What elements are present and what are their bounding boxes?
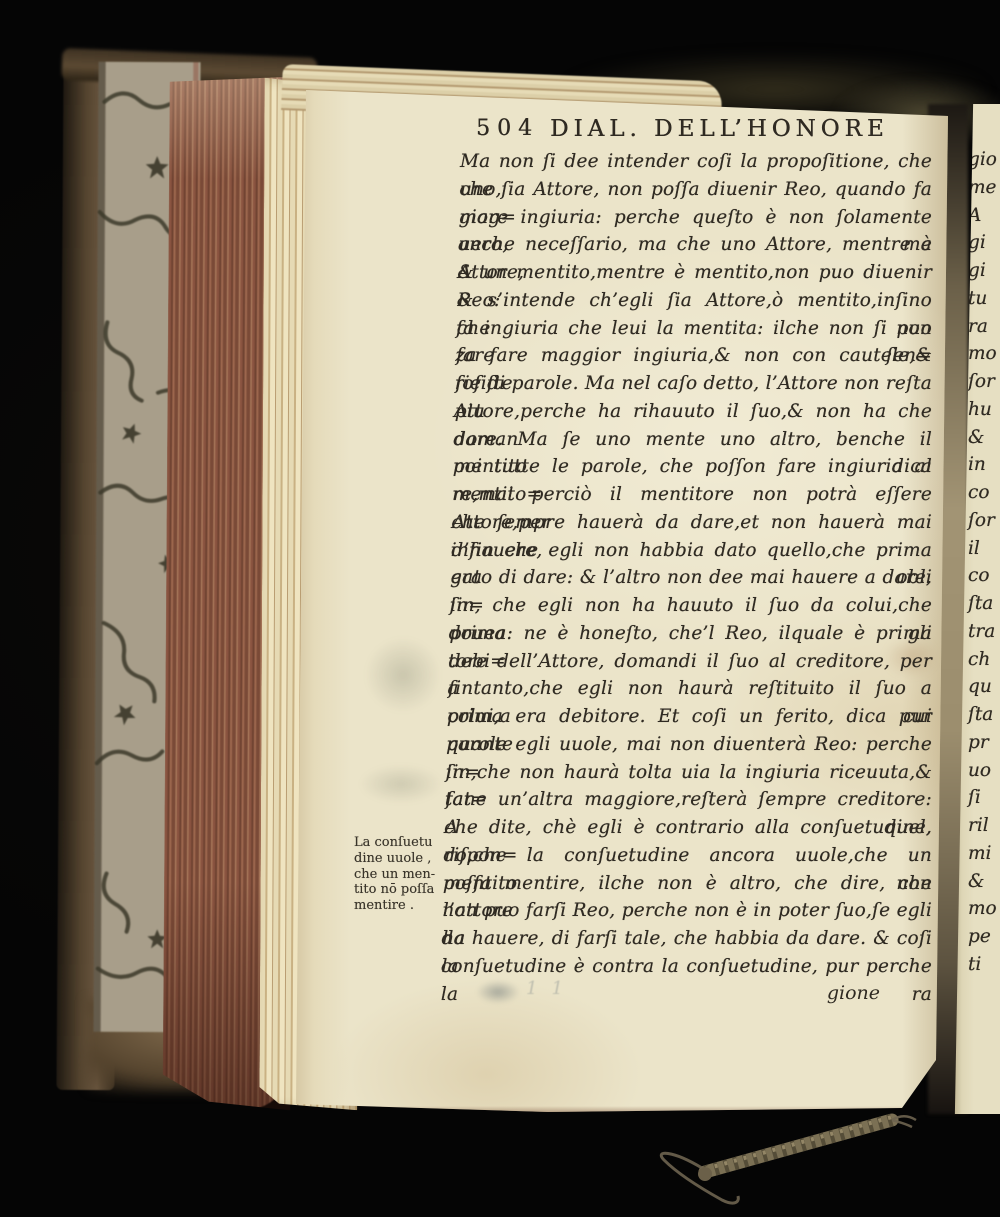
fragment-line: gi [968,257,997,285]
fragment-line: mo [968,895,997,923]
body-line: che ſia Attore, non poſſa diuenir Reo, q… [459,176,932,204]
margin-note-line: tito nō poſſa [354,882,460,898]
fragment-line: co [968,479,997,507]
body-line: rie di parole. Ma nel caſo detto, l’Atto… [455,370,932,398]
margin-note-line: mentire . [354,898,460,914]
body-line: za fare maggior ingiuria,& non con caute… [455,342,932,370]
page-number: 504 [476,116,539,141]
fragment-line: ra [968,313,997,341]
fragment-line: & [968,424,997,452]
fragment-line: hu [968,396,997,424]
body-line: che ſempre hauerà da dare,et non hauerà … [451,509,932,537]
body-line: tane un’altra maggiore,reſterà ſempre cr… [445,786,932,814]
cord-knot [698,1167,712,1181]
page-header: 504 DIAL. DELL’HONORE [452,116,944,146]
body-line: poſſa mentire, ilche non è altro, che di… [443,870,932,898]
cord-braid [705,1120,892,1172]
body-line: dare. Ma ſe uno mente uno altro, benche … [453,426,932,454]
fragment-line: A [968,202,997,230]
body-line: douea: ne è honeſto, che’l Reo, ilquale … [449,620,932,648]
fragment-line: qu [968,673,997,701]
body-line: infin che egli non habbia dato quello,ch… [451,537,932,565]
body-line: Ma non ſi dee intender coſi la propoſiti… [460,148,932,176]
fragment-line: ſta [968,701,997,729]
body-line: ſin, che egli non ha hauuto il ſuo da co… [449,592,932,620]
fragment-line: ſor [968,368,997,396]
fragment-line: il [968,535,997,563]
body-line: da hauere, di farſi tale, che habbia da … [442,925,932,953]
facing-page-text-fragments: giomeAgigituramoſorhu&incoſorilcoſtatrac… [968,146,997,979]
body-line: giore ingiuria: perche queſto è non ſola… [459,204,932,232]
body-line: do,che la conſuetudine ancora uuole,che … [444,842,933,870]
fragment-line: gi [968,229,997,257]
body-line: a tanto,che egli non haurà reſtituito il… [447,675,932,703]
body-line: conſuetudine è contra la conſuetudine, p… [441,953,932,981]
body-line: Attore,perche ha rihauuto il ſuo,& non h… [454,398,932,426]
body-line: parole egli uuole, mai non diuenterà Reo… [446,731,932,759]
body-line: non puo farſi Reo, perche non è in poter… [442,897,932,925]
catchword: gione [452,982,946,1004]
body-line: tore dell’Attore, domandi il ſuo al cred… [448,648,932,676]
body-line: re,mai perciò il mentitore non potrà eſſ… [452,481,932,509]
ink-bleed-smudge [364,636,442,714]
body-line: anche neceſſario, ma che uno Attore, men… [458,231,932,259]
book-photo: 504 DIAL. DELL’HONORE Ma non ſi dee inte… [0,0,1000,1217]
body-line: & un mentito,mentre è mentito,non puo di… [457,259,932,287]
book-page: 504 DIAL. DELL’HONORE Ma non ſi dee inte… [288,80,950,1116]
body-line: & s’intende ch’egli ſia Attore,ò mentito… [457,287,932,315]
body-text: Ma non ſi dee intender coſi la propoſiti… [452,148,932,981]
margin-note-line: che un men- [354,867,460,883]
fragment-line: co [968,562,997,590]
fragment-line: in [968,451,997,479]
body-line: gato di dare: & l’altro non dee mai haue… [450,564,932,592]
body-line: che dite, chè egli è contrario alla conſ… [444,814,932,842]
binding-tie-cord [620,1098,940,1217]
margin-note: La conſuetudine uuole ,che un men-tito n… [354,835,460,914]
fragment-line: pe [968,923,997,951]
fragment-line: gio [968,146,997,174]
fragment-line: tra [968,618,997,646]
fragment-line: pr [968,729,997,757]
running-title: DIAL. DELL’HONORE [550,116,889,142]
fragment-line: ſi [968,784,997,812]
margin-note-line: dine uuole , [354,851,460,867]
margin-note-line: La conſuetu [354,835,460,851]
fragment-line: ch [968,646,997,674]
body-line: fa ingiuria che leui la mentita: ilche n… [456,315,932,343]
fragment-line: ſor [968,507,997,535]
fragment-line: & [968,868,997,896]
fragment-line: mo [968,340,997,368]
body-line: ſin,che non haurà tolta uia la ingiuria … [445,759,932,787]
body-line: prima era debitore. Et coſi un ferito, d… [447,703,932,731]
ink-bleed-smudge [358,764,444,804]
fragment-line: ti [968,951,997,979]
fragment-line: tu [968,285,997,313]
fragment-line: mi [968,840,997,868]
fragment-line: ril [968,812,997,840]
body-line: poi tutte le parole, che poſſon fare ing… [453,453,932,481]
fragment-line: me [968,174,997,202]
fragment-line: uo [968,757,997,785]
fragment-line: ſta [968,590,997,618]
